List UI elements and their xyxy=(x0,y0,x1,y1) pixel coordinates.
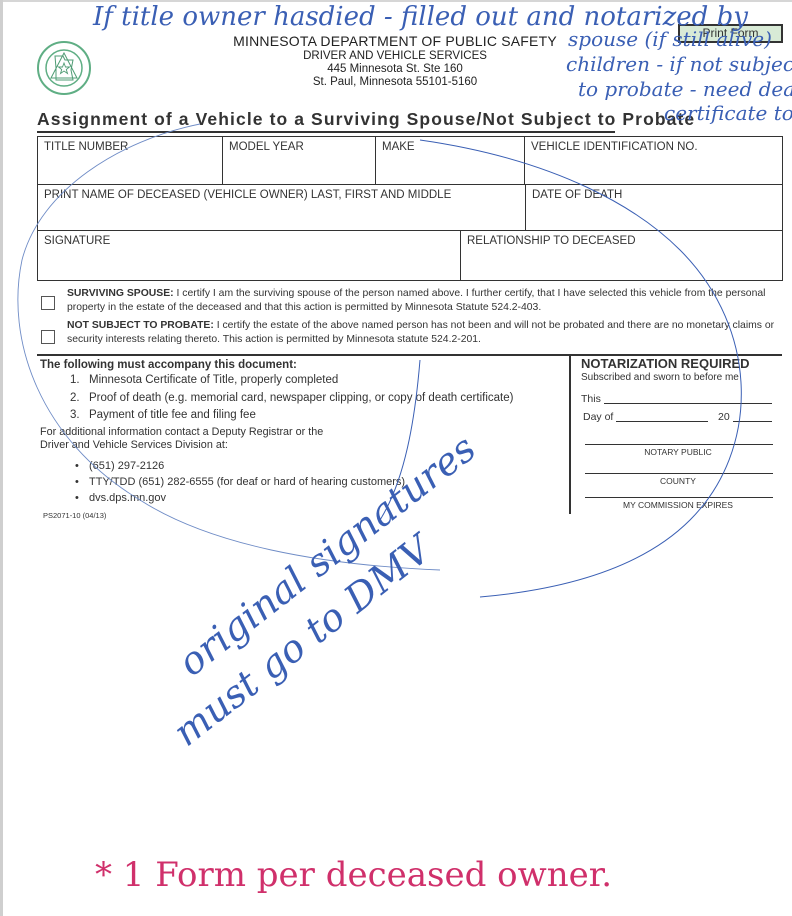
handwritten-note-right-2: children - if not subject xyxy=(566,52,792,76)
handwritten-note-right-4: certificate too! xyxy=(664,101,792,125)
handwritten-note-right-1: spouse (if still alive) xyxy=(568,27,772,51)
pen-loop-stroke xyxy=(0,0,792,916)
handwritten-note-bottom: * 1 Form per deceased owner. xyxy=(95,855,612,895)
handwritten-note-right-3: to probate - need death xyxy=(578,77,792,101)
